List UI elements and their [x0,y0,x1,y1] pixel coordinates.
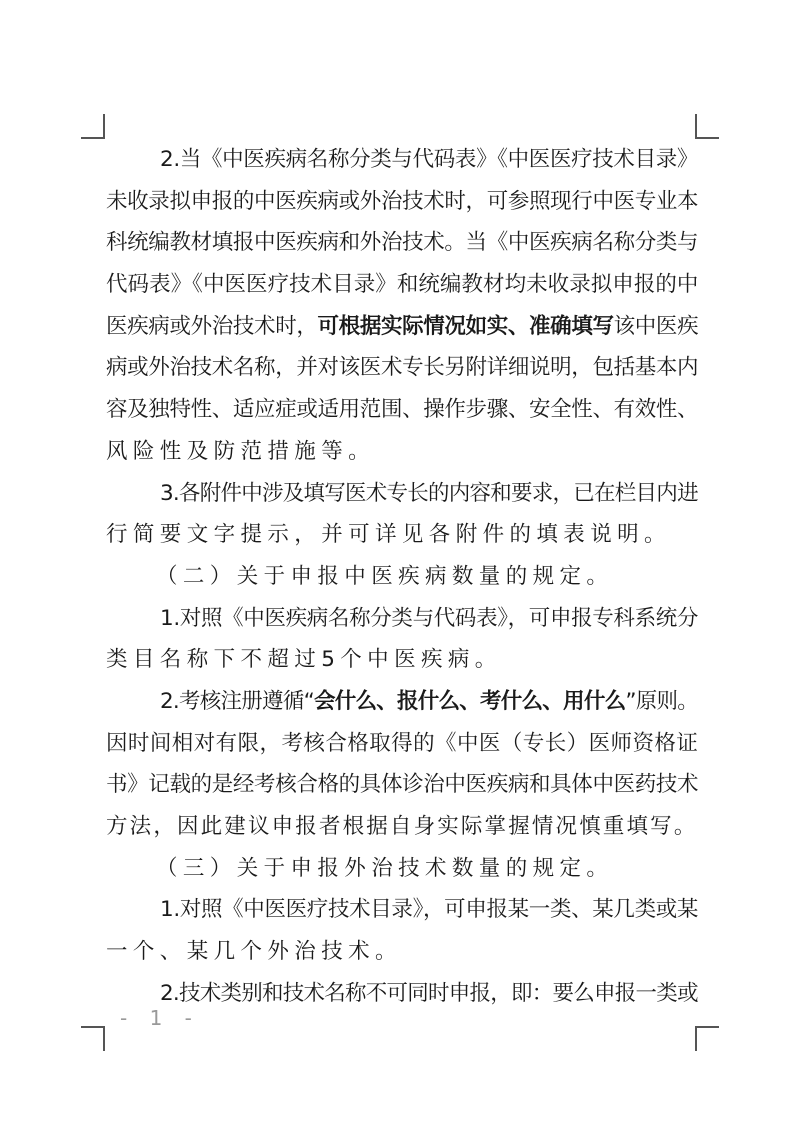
text-segment: ”原则。 [625,689,698,714]
text-segment: （三）关于申报外治技术数量的规定。 [156,856,613,881]
text-segment: 该中医疾 [614,314,699,339]
document-body: 2.当《中医疾病名称分类与代码表》《中医医疗技术目录》未收录拟申报的中医疾病或外… [106,139,698,1014]
crop-mark-top-right [695,114,719,139]
crop-mark-bottom-right [695,1026,719,1051]
section-heading: （三）关于申报外治技术数量的规定。 [106,848,698,890]
crop-mark-top-left [81,114,105,139]
text-segment: 类目名称下不超过5个中医疾病。 [106,647,502,672]
text-segment: 因时间相对有限，考核合格取得的《中医（专长）医师资格证 [106,731,698,756]
page-number: - 1 - [120,1006,200,1030]
text-line: 方法，因此建议申报者根据自身实际掌握情况慎重填写。 [106,806,698,848]
text-line: 一个、某几个外治技术。 [106,931,698,973]
text-line: 3.各附件中涉及填写医术专长的内容和要求，已在栏目内进 [106,473,698,515]
text-segment: 一个、某几个外治技术。 [106,939,402,964]
text-segment: 书》记载的是经考核合格的具体诊治中医疾病和具体中医药技术 [106,772,698,797]
text-segment: 容及独特性、适应症或适用范围、操作步骤、安全性、有效性、 [106,397,698,422]
text-segment: 代码表》《中医医疗技术目录》和统编教材均未收录拟申报的中 [106,272,698,297]
text-segment: 行简要文字提示，并可详见各附件的填表说明。 [106,522,671,547]
text-segment: 未收录拟申报的中医疾病或外治技术时，可参照现行中医专业本 [106,189,698,214]
crop-mark-bottom-left [81,1026,105,1051]
text-segment: 医疾病或外治技术时， [106,314,318,339]
text-line: 代码表》《中医医疗技术目录》和统编教材均未收录拟申报的中 [106,264,698,306]
text-segment: 1.对照《中医医疗技术目录》，可申报某一类、某几类或某 [160,897,698,922]
text-segment: 科统编教材填报中医疾病和外治技术。当《中医疾病名称分类与 [106,230,698,255]
text-segment: 2.当《中医疾病名称分类与代码表》《中医医疗技术目录》 [160,147,698,172]
text-line: 2.考核注册遵循“会什么、报什么、考什么、用什么”原则。 [106,681,698,723]
text-line: 容及独特性、适应症或适用范围、操作步骤、安全性、有效性、 [106,389,698,431]
text-line: 1.对照《中医医疗技术目录》，可申报某一类、某几类或某 [106,889,698,931]
text-segment: （二）关于申报中医疾病数量的规定。 [156,564,613,589]
text-segment: 2.考核注册遵循“ [160,689,314,714]
text-segment: 风险性及防范措施等。 [106,439,375,464]
text-line: 风险性及防范措施等。 [106,431,698,473]
text-line: 未收录拟申报的中医疾病或外治技术时，可参照现行中医专业本 [106,181,698,223]
emphasized-text: 会什么、报什么、考什么、用什么 [314,689,625,714]
emphasized-text: 可根据实际情况如实、准确填写 [318,314,614,339]
section-heading: （二）关于申报中医疾病数量的规定。 [106,556,698,598]
text-line: 书》记载的是经考核合格的具体诊治中医疾病和具体中医药技术 [106,764,698,806]
text-line: 病或外治技术名称，并对该医术专长另附详细说明，包括基本内 [106,347,698,389]
text-segment: 病或外治技术名称，并对该医术专长另附详细说明，包括基本内 [106,355,698,380]
text-line: 医疾病或外治技术时，可根据实际情况如实、准确填写该中医疾 [106,306,698,348]
text-segment: 方法，因此建议申报者根据自身实际掌握情况慎重填写。 [106,814,698,839]
text-segment: 1.对照《中医疾病名称分类与代码表》，可申报专科系统分 [160,606,698,631]
text-line: 科统编教材填报中医疾病和外治技术。当《中医疾病名称分类与 [106,222,698,264]
text-segment: 3.各附件中涉及填写医术专长的内容和要求，已在栏目内进 [160,481,698,506]
text-line: 行简要文字提示，并可详见各附件的填表说明。 [106,514,698,556]
text-segment: 2.技术类别和技术名称不可同时申报，即：要么申报一类或 [160,981,698,1006]
text-line: 因时间相对有限，考核合格取得的《中医（专长）医师资格证 [106,723,698,765]
text-line: 2.当《中医疾病名称分类与代码表》《中医医疗技术目录》 [106,139,698,181]
text-line: 1.对照《中医疾病名称分类与代码表》，可申报专科系统分 [106,598,698,640]
text-line: 类目名称下不超过5个中医疾病。 [106,639,698,681]
